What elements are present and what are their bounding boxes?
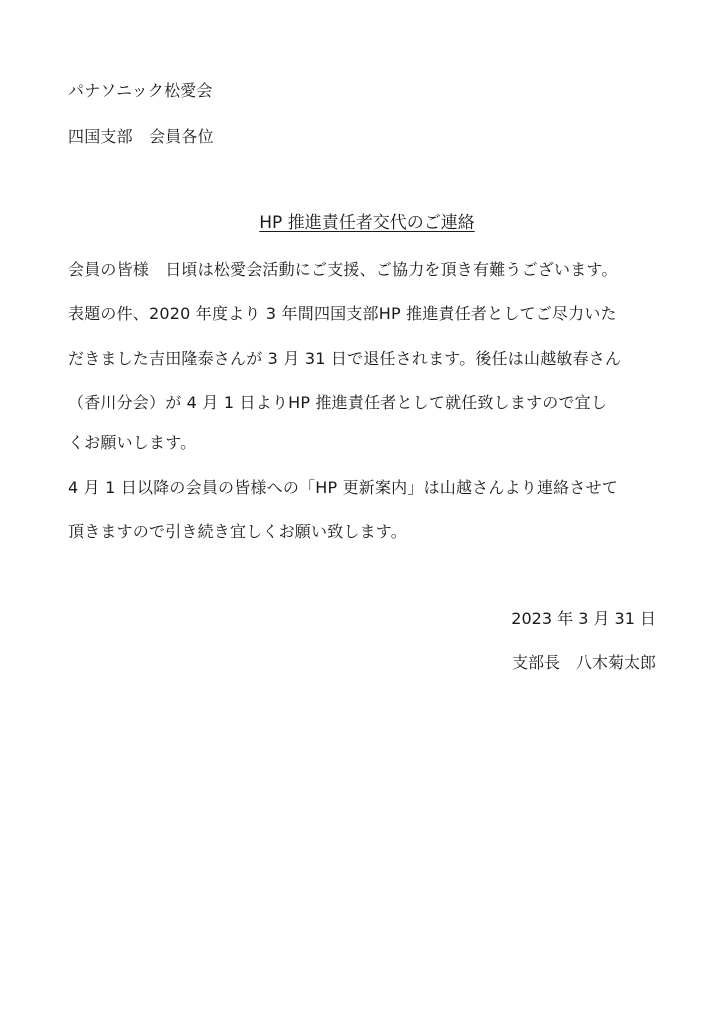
addressee-recipients: 四国支部 会員各位 <box>68 127 214 147</box>
body-line-2: 表題の件、2020 年度より 3 年間四国支部HP 推進責任者としてご尽力いた <box>68 304 617 324</box>
body-line-3: だきました吉田隆泰さんが 3 月 31 日で退任されます。後任は山越敏春さん <box>68 349 621 369</box>
document-date: 2023 年 3 月 31 日 <box>511 609 656 629</box>
body-line-1: 会員の皆様 日頃は松愛会活動にご支援、ご協力を頂き有難うございます。 <box>68 260 618 280</box>
body-line-7: 頂きますので引き続き宜しくお願い致します。 <box>68 522 407 542</box>
document-title: HP 推進責任者交代のご連絡 <box>0 212 724 234</box>
document-title-text: HP 推進責任者交代のご連絡 <box>249 213 474 233</box>
body-line-4: （香川分会）が 4 月 1 日よりHP 推進責任者として就任致しますので宜し <box>68 393 607 413</box>
signature: 支部長 八木菊太郎 <box>512 653 656 673</box>
document-page: パナソニック松愛会 四国支部 会員各位 HP 推進責任者交代のご連絡 会員の皆様… <box>0 0 724 1024</box>
addressee-organization: パナソニック松愛会 <box>68 81 213 101</box>
body-line-5: くお願いします。 <box>68 433 196 453</box>
body-line-6: 4 月 1 日以降の会員の皆様への「HP 更新案内」は山越さんより連絡させて <box>68 478 618 498</box>
